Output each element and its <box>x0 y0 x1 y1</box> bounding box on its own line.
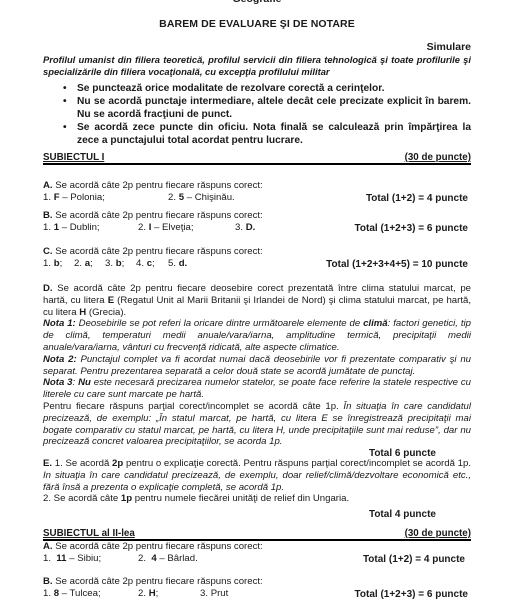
item-2b: B. Se acordă câte 2p pentru fiecare răsp… <box>43 576 471 599</box>
answer: 2. 4 – Bârlad. <box>138 553 198 565</box>
item-1e: E. 1. Se acordă 2p pentru o explicaţie c… <box>43 458 471 521</box>
document-title: BAREM DE EVALUARE ŞI DE NOTARE <box>43 19 471 31</box>
answer: 1. 11 – Sibiu; <box>43 553 101 565</box>
section-header-subiect-1: SUBIECTUL I (30 de puncte) <box>43 152 471 165</box>
item-1c: C. Se acordă câte 2p pentru fiecare răsp… <box>43 246 471 269</box>
section-title: SUBIECTUL I <box>43 152 104 163</box>
answers-row: 1. 11 – Sibiu; 2. 4 – Bârlad. Total (1+2… <box>43 553 471 565</box>
rule-item: •Se acordă zece puncte din oficiu. Nota … <box>63 122 471 147</box>
item-intro: Se acordă câte 2p pentru fiecare răspuns… <box>55 541 262 552</box>
item-label: C. <box>43 246 53 257</box>
answer: 2. 5 – Chişinău. <box>168 192 235 204</box>
section-title: SUBIECTUL al II-lea <box>43 528 135 539</box>
item-2a: A. Se acordă câte 2p pentru fiecare răsp… <box>43 541 471 564</box>
profile-description: Profilul umanist din filiera teoretică, … <box>43 54 471 78</box>
section-points: (30 de puncte) <box>405 152 471 163</box>
item-intro: Se acordă câte 2p pentru fiecare răspuns… <box>55 246 262 257</box>
item-intro: Se acordă câte 2p pentru fiecare răspuns… <box>55 576 262 587</box>
section-header-subiect-2: SUBIECTUL al II-lea (30 de puncte) <box>43 528 471 541</box>
answer: 1. 1 – Dublin; <box>43 222 100 234</box>
section-points: (30 de puncte) <box>405 528 471 539</box>
item-label: B. <box>43 210 53 221</box>
answer: 4. c; <box>136 258 155 270</box>
item-total: Total (1+2) = 4 puncte <box>363 554 465 566</box>
answer: 3. Prut <box>200 588 228 600</box>
answer: 5. d. <box>168 258 187 270</box>
bullet-icon: • <box>63 96 67 108</box>
item-total: Total 4 puncte <box>43 509 471 521</box>
exam-type: Simulare <box>427 42 471 54</box>
item-1b: B. Se acordă câte 2p pentru fiecare răsp… <box>43 210 471 233</box>
answers-row: 1. F – Polonia; 2. 5 – Chişinău. Total (… <box>43 192 471 204</box>
note-1: Nota 1: Deosebirile se pot referi la ori… <box>43 318 471 353</box>
item-1d: D. Se acordă câte 2p pentru fiecare deos… <box>43 283 471 460</box>
answer: 1. 8 – Tulcea; <box>43 588 101 600</box>
answer: 1. F – Polonia; <box>43 192 105 204</box>
item-total: Total (1+2) = 4 puncte <box>366 193 468 205</box>
item-1a: A. Se acordă câte 2p pentru fiecare răsp… <box>43 180 471 203</box>
item-total: Total (1+2+3+4+5) = 10 puncte <box>326 259 468 271</box>
general-rules: •Se punctează orice modalitate de rezolv… <box>63 83 471 148</box>
bullet-icon: • <box>63 122 67 134</box>
partial-score-rule: Pentru fiecare răspuns parţial corect/in… <box>43 401 471 448</box>
bullet-icon: • <box>63 83 67 95</box>
item-intro: Se acordă câte 2p pentru fiecare răspuns… <box>55 210 262 221</box>
rule-item: •Se punctează orice modalitate de rezolv… <box>63 83 471 95</box>
note-3: Nota 3: Nu este necesară precizarea nume… <box>43 377 471 401</box>
item-e-part-1: E. 1. Se acordă 2p pentru o explicaţie c… <box>43 458 471 493</box>
subject-name: Geografie <box>43 0 471 6</box>
answer: 2. H; <box>138 588 158 600</box>
item-label: B. <box>43 576 53 587</box>
answer: 2. a; <box>74 258 93 270</box>
rule-item: •Nu se acordă punctaje intermediare, alt… <box>63 96 471 121</box>
answers-row: 1. 8 – Tulcea; 2. H; 3. Prut Total (1+2+… <box>43 588 471 600</box>
item-intro: D. Se acordă câte 2p pentru fiecare deos… <box>43 283 471 318</box>
note-2: Nota 2: Punctajul complet va fi acordat … <box>43 354 471 378</box>
answer: 3. D. <box>235 222 255 234</box>
answers-row: 1. 1 – Dublin; 2. I – Elveţia; 3. D. Tot… <box>43 222 471 234</box>
answer: 2. I – Elveţia; <box>138 222 194 234</box>
item-intro: Se acordă câte 2p pentru fiecare răspuns… <box>55 180 262 191</box>
item-total: Total (1+2+3) = 6 puncte <box>355 589 468 601</box>
item-total: Total (1+2+3) = 6 puncte <box>355 223 468 235</box>
answer: 1. b; <box>43 258 62 270</box>
answers-row: 1. b; 2. a; 3. b; 4. c; 5. d. Total (1+2… <box>43 258 471 270</box>
item-label: A. <box>43 541 53 552</box>
answer: 3. b; <box>105 258 124 270</box>
item-e-part-2: 2. Se acordă câte 1p pentru numele fiecă… <box>43 493 471 505</box>
item-label: A. <box>43 180 53 191</box>
